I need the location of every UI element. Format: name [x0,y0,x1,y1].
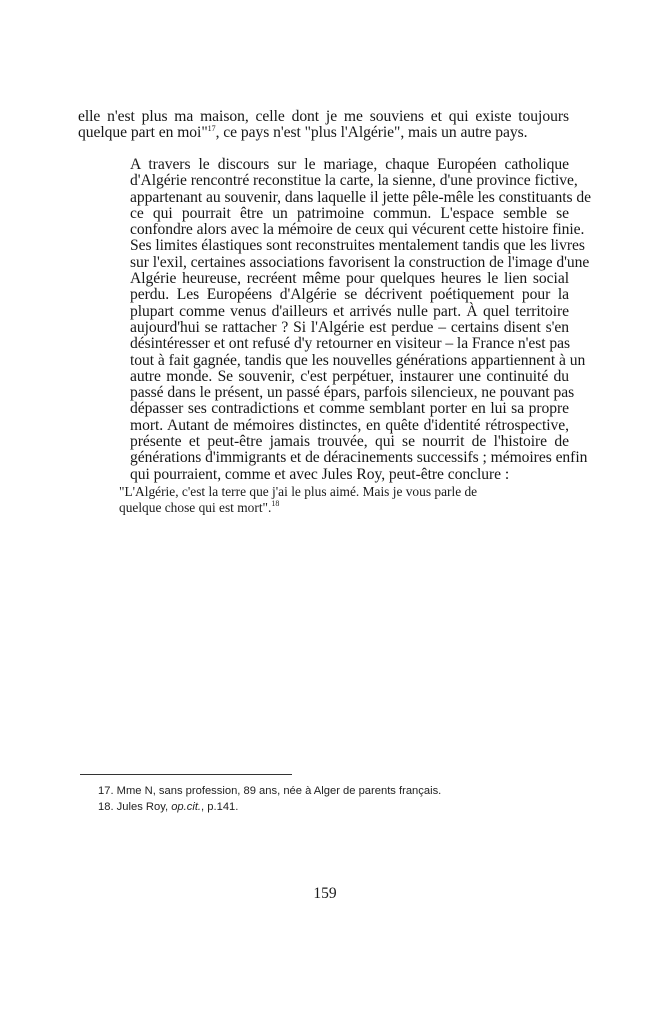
quote-line: quelque chose qui est mort".18 [119,500,559,516]
text-line: confondre alors avec la mémoire de ceux … [78,222,569,238]
citation-italic: op.cit. [171,801,201,813]
text-line: quelque part en moi"17, ce pays n'est "p… [78,125,569,141]
footnote-text: Jules Roy, op.cit., p.141. [117,801,239,813]
text-fragment: quelque chose qui est mort". [119,500,271,515]
text-line: appartenant au souvenir, dans laquelle i… [78,190,569,206]
page-number: 159 [0,885,650,903]
paragraph-1: elle n'est plus ma maison, celle dont je… [78,109,569,142]
text-line: mort. Autant de mémoires distinctes, en … [78,418,569,434]
text-line: d'Algérie rencontré reconstitue la carte… [78,173,569,189]
text-line: elle n'est plus ma maison, celle dont je… [78,109,569,125]
text-line: aujourd'hui se rattacher ? Si l'Algérie … [78,320,569,336]
text-line: ce qui pourrait être un patrimoine commu… [78,206,569,222]
footnotes: 17. Mme N, sans profession, 89 ans, née … [98,783,558,815]
text-line: Ses limites élastiques sont reconstruite… [78,238,569,254]
footnote-text: Mme N, sans profession, 89 ans, née à Al… [117,785,442,797]
footnote-17: 17. Mme N, sans profession, 89 ans, née … [98,783,558,799]
text-line: tout à fait gagnée, tandis que les nouve… [78,353,569,369]
text-fragment: , ce pays n'est "plus l'Algérie", mais u… [216,124,528,141]
text-line: A travers le discours sur le mariage, ch… [78,157,569,173]
text-line: plupart comme venus d'ailleurs et arrivé… [78,304,569,320]
text-line: dépasser ses contradictions et comme sem… [78,401,569,417]
text-line: Algérie heureuse, recréent même pour que… [78,271,569,287]
footnote-18: 18. Jules Roy, op.cit., p.141. [98,799,558,815]
text-fragment: Jules Roy, [117,801,172,813]
quote-line: "L'Algérie, c'est la terre que j'ai le p… [119,484,559,500]
document-page: elle n'est plus ma maison, celle dont je… [0,0,650,1016]
text-line: passé dans le présent, un passé épars, p… [78,385,569,401]
text-fragment: , p.141. [201,801,238,813]
text-fragment: quelque part en moi" [78,124,208,141]
footnote-number: 17. [98,785,114,797]
text-line: perdu. Les Européens d'Algérie se décriv… [78,287,569,303]
footnote-ref-17[interactable]: 17 [208,124,216,133]
text-line: sur l'exil, certaines associations favor… [78,255,569,271]
text-line: qui pourraient, comme et avec Jules Roy,… [78,467,569,483]
text-line: générations d'immigrants et de déracinem… [78,450,569,466]
text-line: autre monde. Se souvenir, c'est perpétue… [78,369,569,385]
block-quote: "L'Algérie, c'est la terre que j'ai le p… [119,484,559,516]
footnote-ref-18[interactable]: 18 [271,499,279,508]
text-line: présente et peut-être jamais trouvée, qu… [78,434,569,450]
paragraph-2: A travers le discours sur le mariage, ch… [78,157,569,483]
text-line: désintéresser et ont refusé d'y retourne… [78,336,569,352]
footnote-number: 18. [98,801,114,813]
footnote-divider [80,774,292,775]
